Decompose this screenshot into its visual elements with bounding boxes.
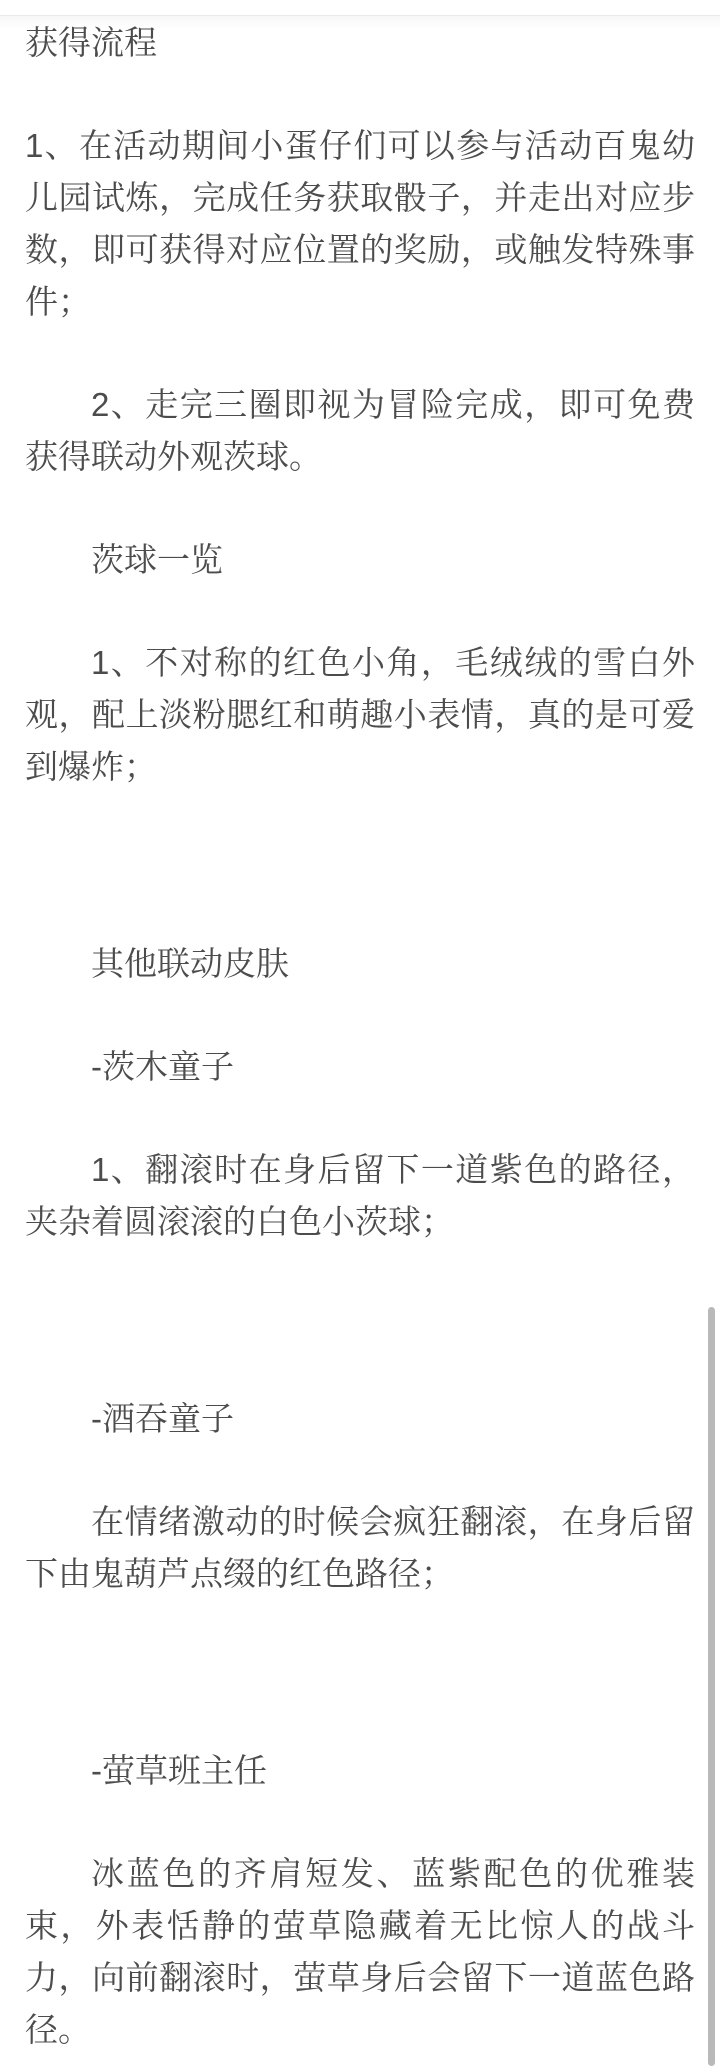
subheading-yingcao: -萤草班主任 <box>25 1745 695 1797</box>
paragraph-yingcao-description: 冰蓝色的齐肩短发、蓝紫配色的优雅装束，外表恬静的萤草隐藏着无比惊人的战斗力，向前… <box>25 1848 695 2056</box>
paragraph-step-2: 2、走完三圈即视为冒险完成，即可免费获得联动外观茨球。 <box>25 379 695 483</box>
paragraph-step-1: 1、在活动期间小蛋仔们可以参与活动百鬼幼儿园试炼，完成任务获取骰子，并走出对应步… <box>25 120 695 328</box>
paragraph-ibaraki-description: 1、翻滚时在身后留下一道紫色的路径，夹杂着圆滚滚的白色小茨球； <box>25 1144 695 1248</box>
subheading-shuten-doji: -酒吞童子 <box>25 1393 695 1445</box>
section-title-ciqiu-overview: 茨球一览 <box>25 534 695 586</box>
subheading-ibaraki-doji: -茨木童子 <box>25 1041 695 1093</box>
scrollbar-thumb[interactable] <box>708 1307 715 2066</box>
section-title-other-skins: 其他联动皮肤 <box>25 938 695 990</box>
paragraph-ciqiu-description: 1、不对称的红色小角，毛绒绒的雪白外观，配上淡粉腮红和萌趣小表情，真的是可爱到爆… <box>25 637 695 793</box>
article-content: 获得流程 1、在活动期间小蛋仔们可以参与活动百鬼幼儿园试炼，完成任务获取骰子，并… <box>0 17 720 2056</box>
paragraph-shuten-description: 在情绪激动的时候会疯狂翻滚，在身后留下由鬼葫芦点缀的红色路径； <box>25 1496 695 1600</box>
page-title: 获得流程 <box>25 17 695 69</box>
